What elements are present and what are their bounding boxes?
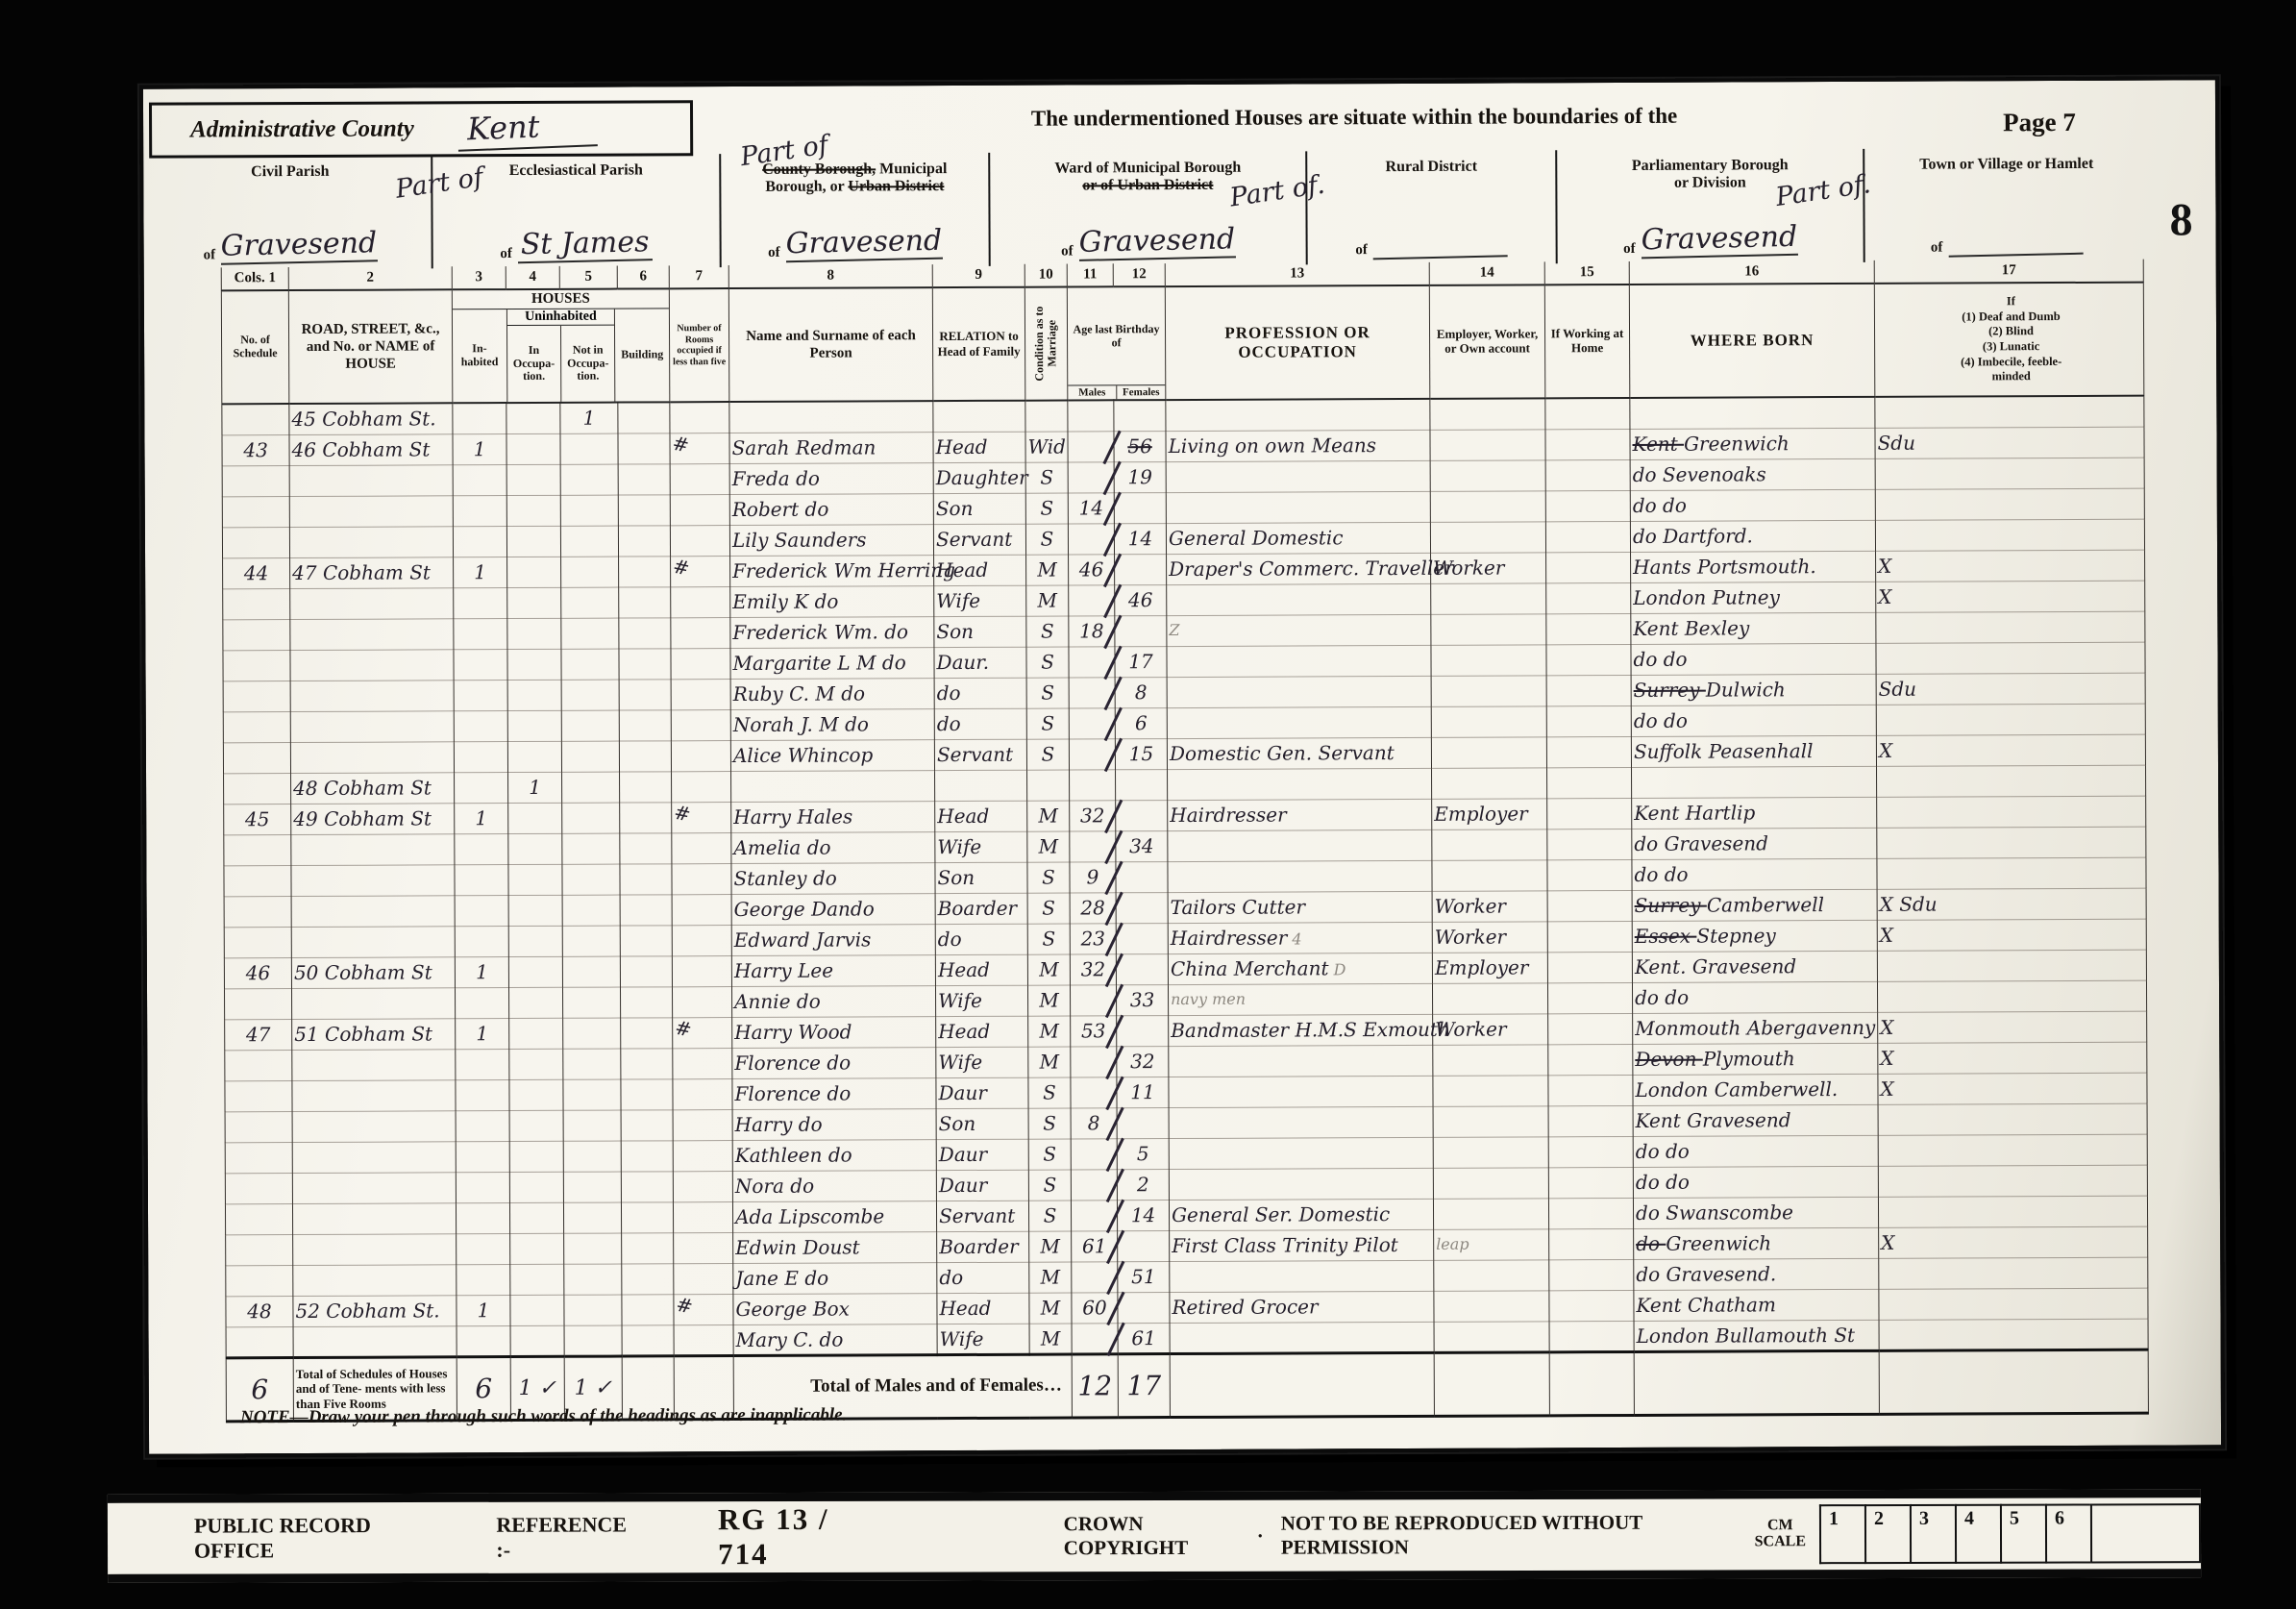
age-male-cell bbox=[1068, 400, 1114, 431]
home-cell bbox=[1547, 982, 1632, 1013]
name-cell: Florence do bbox=[732, 1047, 936, 1078]
condition-cell: S bbox=[1025, 493, 1068, 524]
uninhabited-not-occupation-cell bbox=[561, 557, 619, 587]
in-occupation-header: In Occupa- tion. bbox=[507, 344, 560, 384]
employer-cell bbox=[1430, 398, 1545, 430]
schedule-cell bbox=[223, 742, 290, 773]
sheet-number: 8 bbox=[2169, 193, 2192, 246]
infirmity-cell bbox=[1876, 704, 2145, 735]
building-cell bbox=[618, 402, 670, 433]
schedule-cell bbox=[223, 711, 290, 742]
working-at-home-header: If Working at Home bbox=[1547, 327, 1627, 356]
inhabited-cell bbox=[454, 618, 507, 649]
of-label: of bbox=[204, 247, 216, 263]
inhabited-cell bbox=[454, 587, 507, 618]
condition-cell: M bbox=[1028, 1047, 1071, 1077]
home-cell bbox=[1547, 798, 1632, 829]
relation-cell: Wife bbox=[934, 585, 1026, 616]
relation-cell: Son bbox=[934, 616, 1026, 647]
employer-cell: Employer bbox=[1432, 798, 1547, 829]
occupation-cell bbox=[1169, 1168, 1433, 1200]
age-female-cell bbox=[1117, 1015, 1169, 1046]
enumeration-mark-cell: # bbox=[670, 433, 729, 463]
inhabited-cell: 1 bbox=[456, 1018, 509, 1049]
uninhabited-in-occupation-cell bbox=[508, 956, 562, 987]
uninhabited-not-occupation-cell bbox=[563, 1202, 621, 1233]
inhabited-cell bbox=[456, 1079, 509, 1110]
enumeration-mark-cell bbox=[673, 1048, 732, 1078]
uninhabited-not-occupation-cell: 1 bbox=[560, 403, 618, 433]
schedule-cell: 45 bbox=[224, 804, 291, 834]
separator-dot: · bbox=[1257, 1523, 1264, 1547]
name-cell: Ada Lipscombe bbox=[732, 1201, 936, 1232]
municipal-borough-box: County Borough, Municipal Borough, or Ur… bbox=[721, 153, 991, 267]
town-village-value bbox=[1948, 253, 2083, 258]
building-cell bbox=[620, 925, 672, 955]
building-cell bbox=[622, 1232, 674, 1263]
reference-label: REFERENCE :- bbox=[496, 1512, 627, 1562]
name-cell bbox=[731, 770, 935, 802]
address-cell bbox=[290, 680, 454, 711]
occupation-cell: Hairdresser 4 bbox=[1168, 922, 1432, 953]
enumeration-mark-cell bbox=[671, 709, 730, 740]
home-cell bbox=[1549, 1228, 1634, 1259]
infirmity-cell bbox=[1876, 611, 2145, 643]
schedule-cell bbox=[225, 1111, 292, 1142]
occupation-cell: General Domestic bbox=[1166, 522, 1430, 554]
infirmity-line: (1) Deaf and Dumb bbox=[1881, 309, 2141, 325]
home-cell bbox=[1548, 1075, 1633, 1105]
cm-scale-label: CM SCALE bbox=[1755, 1518, 1806, 1550]
name-cell: Edwin Doust bbox=[733, 1231, 937, 1263]
employer-cell bbox=[1433, 1136, 1548, 1168]
address-cell bbox=[292, 1141, 456, 1173]
col-num: 8 bbox=[728, 264, 932, 288]
born-cell: London Putney bbox=[1631, 582, 1876, 613]
name-cell: Amelia do bbox=[731, 831, 935, 863]
occupation-cell: Domestic Gen. Servant bbox=[1167, 737, 1431, 769]
condition-cell: Wid bbox=[1025, 432, 1068, 462]
employer-cell bbox=[1433, 1167, 1548, 1199]
totals-not-occ: 1 ✓ bbox=[567, 1375, 620, 1399]
schedule-cell bbox=[224, 865, 291, 896]
infirmity-cell bbox=[1875, 519, 2144, 551]
parliamentary-value: Gravesend bbox=[1641, 220, 1797, 260]
schedule-cell: 44 bbox=[223, 557, 290, 588]
born-cell bbox=[1632, 766, 1877, 798]
schedule-cell bbox=[222, 496, 289, 527]
infirmity-cell: X bbox=[1876, 734, 2145, 766]
infirmity-cell bbox=[1877, 765, 2146, 797]
cm-ruler: 123456 bbox=[1819, 1503, 2201, 1564]
relation-cell bbox=[935, 770, 1027, 801]
census-scan-page: { "header": { "admin_county_label": "Adm… bbox=[0, 0, 2296, 1609]
building-cell bbox=[619, 740, 671, 771]
infirmity-cell bbox=[1878, 1165, 2147, 1197]
building-cell bbox=[619, 709, 671, 740]
municipal-borough-value: Gravesend bbox=[785, 224, 942, 263]
infirmity-cell: X bbox=[1878, 1011, 2147, 1043]
uninhabited-in-occupation-cell bbox=[509, 1049, 563, 1079]
home-cell bbox=[1548, 1136, 1633, 1167]
home-cell bbox=[1545, 490, 1630, 521]
enumeration-mark-cell bbox=[672, 925, 731, 955]
totals-empty bbox=[1549, 1351, 1634, 1415]
born-cell: do Sevenoaks bbox=[1630, 458, 1875, 490]
parliamentary-borough-box: Parliamentary Borough or Division Part o… bbox=[1557, 149, 1865, 263]
employer-cell: Worker bbox=[1432, 890, 1547, 922]
born-cell: Kent Chatham bbox=[1634, 1289, 1879, 1321]
born-cell: do Swanscombe bbox=[1633, 1197, 1878, 1228]
occupation-cell bbox=[1169, 1045, 1433, 1077]
enumeration-mark-cell: # bbox=[672, 802, 731, 832]
ruler-cell: 3 bbox=[1910, 1504, 1955, 1564]
age-female-cell bbox=[1116, 953, 1168, 984]
enumeration-mark-cell bbox=[671, 679, 730, 709]
schedule-cell bbox=[222, 465, 289, 496]
condition-cell: S bbox=[1027, 924, 1070, 954]
age-female-cell: 51 bbox=[1118, 1261, 1170, 1292]
building-cell bbox=[620, 894, 672, 925]
home-cell bbox=[1546, 675, 1631, 705]
uninhabited-in-occupation-cell bbox=[507, 587, 561, 618]
employer-cell: Worker bbox=[1431, 552, 1546, 583]
home-cell bbox=[1546, 582, 1631, 613]
name-cell: Ruby C. M do bbox=[730, 678, 934, 709]
occupation-cell: navy men bbox=[1168, 983, 1432, 1015]
rural-district-label: Rural District bbox=[1307, 158, 1555, 177]
relation-cell: Servant bbox=[936, 1201, 1028, 1231]
building-cell bbox=[620, 955, 672, 986]
name-cell: Frederick Wm Herring bbox=[730, 555, 934, 586]
col-num: 16 bbox=[1629, 260, 1874, 285]
inhabited-cell bbox=[455, 772, 508, 803]
employer-cell bbox=[1432, 829, 1547, 860]
uninhabited-in-occupation-cell bbox=[508, 833, 562, 864]
address-cell bbox=[290, 710, 454, 742]
inhabited-cell bbox=[456, 1172, 509, 1202]
totals-empty bbox=[1634, 1350, 1879, 1415]
schedule-cell bbox=[225, 1173, 292, 1203]
home-cell bbox=[1545, 429, 1630, 459]
age-female-cell: 56 bbox=[1114, 431, 1166, 461]
of-label: of bbox=[1061, 243, 1074, 260]
of-label: of bbox=[1931, 240, 1943, 257]
uninhabited-in-occupation-cell bbox=[507, 710, 561, 741]
name-cell: Stanley do bbox=[731, 862, 935, 894]
relation-cell: Son bbox=[936, 1108, 1028, 1139]
born-cell: Surrey Camberwell bbox=[1632, 889, 1877, 921]
age-female-cell bbox=[1115, 554, 1167, 584]
age-female-cell: 19 bbox=[1114, 461, 1166, 492]
uninhabited-not-occupation-cell bbox=[562, 987, 620, 1018]
age-female-cell bbox=[1114, 492, 1166, 523]
schedule-cell bbox=[225, 1203, 292, 1234]
col-num: 7 bbox=[669, 265, 728, 288]
enumeration-mark-cell bbox=[671, 648, 730, 679]
schedule-cell: 48 bbox=[226, 1296, 293, 1326]
administrative-county-label: Administrative County bbox=[190, 115, 414, 143]
age-female-cell: 14 bbox=[1117, 1200, 1169, 1230]
schedule-cell bbox=[224, 927, 291, 957]
condition-cell: M bbox=[1029, 1262, 1072, 1293]
uninhabited-in-occupation-cell bbox=[506, 433, 560, 464]
ruler-cell: 4 bbox=[1955, 1504, 2000, 1564]
employer-cell bbox=[1434, 1290, 1549, 1322]
occupation-cell bbox=[1168, 768, 1432, 800]
address-cell: 49 Cobham St bbox=[291, 803, 455, 834]
uninhabited-not-occupation-cell bbox=[564, 1325, 622, 1356]
of-label: of bbox=[1623, 241, 1636, 258]
name-cell: Robert do bbox=[729, 493, 933, 525]
building-cell bbox=[619, 679, 671, 709]
home-cell bbox=[1548, 1044, 1633, 1075]
enumeration-mark-cell bbox=[670, 463, 729, 494]
col-num: 3 bbox=[452, 266, 506, 289]
relation-cell: Servant bbox=[933, 524, 1025, 555]
infirmity-cell bbox=[1879, 1257, 2148, 1289]
of-label: of bbox=[768, 245, 780, 261]
name-cell: Harry Hales bbox=[731, 801, 935, 832]
infirmity-cell: Sdu bbox=[1875, 427, 2144, 458]
ecclesiastical-parish-box: Ecclesiastical Parish of St James bbox=[432, 154, 722, 268]
inhabited-cell: 1 bbox=[455, 803, 508, 833]
uninhabited-in-occupation-cell bbox=[510, 1233, 564, 1264]
uninhabited-in-occupation-cell bbox=[510, 1325, 564, 1356]
relation-cell: Daughter bbox=[933, 462, 1025, 493]
relation-header: RELATION to Head of Family bbox=[935, 329, 1023, 359]
enumeration-mark-cell bbox=[673, 1109, 732, 1140]
address-cell: 51 Cobham St bbox=[292, 1018, 456, 1050]
building-cell bbox=[622, 1263, 674, 1294]
inhabited-cell bbox=[455, 895, 508, 926]
totals-in-occ: 1 ✓ bbox=[513, 1375, 562, 1399]
enumeration-mark-cell bbox=[672, 832, 731, 863]
schedule-cell bbox=[226, 1265, 293, 1296]
totals-empty bbox=[1879, 1349, 2148, 1414]
relation-cell: Wife bbox=[937, 1324, 1029, 1354]
born-cell: do do bbox=[1633, 1135, 1878, 1167]
totals-males: 12 bbox=[1074, 1370, 1116, 1401]
totals-males-females-label: Total of Males and of Females… bbox=[736, 1375, 1070, 1399]
scale-label: SCALE bbox=[1755, 1533, 1806, 1549]
profession-header: PROFESSION OR OCCUPATION bbox=[1168, 323, 1427, 362]
schedule-cell bbox=[225, 1080, 292, 1111]
inhabited-cell bbox=[454, 649, 507, 680]
employer-cell bbox=[1431, 644, 1546, 676]
schedule-cell bbox=[225, 1142, 292, 1173]
schedule-cell bbox=[222, 527, 289, 557]
address-cell bbox=[292, 1172, 456, 1203]
relation-cell: Boarder bbox=[935, 893, 1027, 924]
age-female-cell: 2 bbox=[1117, 1169, 1169, 1200]
rural-district-box: Rural District of bbox=[1307, 150, 1558, 264]
enumeration-mark-cell bbox=[672, 894, 731, 925]
borough-or: Borough, or bbox=[765, 179, 848, 195]
ruler-cell: 5 bbox=[2000, 1504, 2045, 1564]
home-cell bbox=[1547, 890, 1632, 921]
address-cell bbox=[290, 618, 454, 650]
building-cell bbox=[622, 1324, 674, 1355]
condition-cell bbox=[1027, 770, 1070, 801]
col-num: 5 bbox=[559, 266, 617, 289]
infirmity-cell: X bbox=[1877, 919, 2146, 951]
relation-cell: Head bbox=[933, 432, 1025, 462]
address-cell: 45 Cobham St. bbox=[289, 403, 453, 434]
home-cell bbox=[1547, 767, 1632, 798]
condition-cell: S bbox=[1028, 1201, 1071, 1231]
enumeration-mark-cell bbox=[671, 617, 730, 648]
inhabited-header: In- habited bbox=[453, 342, 506, 369]
uninhabited-not-occupation-cell bbox=[560, 526, 618, 557]
age-female-cell: 6 bbox=[1115, 707, 1167, 738]
uninhabited-not-occupation-cell bbox=[563, 1049, 621, 1079]
occupation-cell: Retired Grocer bbox=[1170, 1291, 1434, 1323]
uninhabited-not-occupation-cell bbox=[561, 680, 619, 710]
relation-cell: Wife bbox=[936, 1047, 1028, 1077]
civil-parish-box: Civil Parish Part of of Gravesend bbox=[149, 155, 433, 269]
rural-district-value bbox=[1373, 255, 1508, 260]
uninhabited-in-occupation-cell bbox=[507, 618, 561, 649]
inhabited-cell bbox=[453, 526, 506, 557]
col-num: 12 bbox=[1113, 263, 1165, 286]
reference-number: RG 13 / 714 bbox=[718, 1502, 862, 1572]
uninhabited-not-occupation-cell bbox=[563, 1018, 621, 1049]
age-female-cell bbox=[1118, 1230, 1170, 1261]
inhabited-cell: 1 bbox=[457, 1295, 510, 1325]
uninhabited-in-occupation-cell bbox=[509, 1110, 563, 1141]
age-female-cell: 5 bbox=[1117, 1138, 1169, 1169]
home-cell bbox=[1548, 1013, 1633, 1044]
building-cell bbox=[618, 525, 670, 556]
of-label: of bbox=[1355, 242, 1368, 259]
home-cell bbox=[1545, 398, 1630, 429]
born-cell: do do bbox=[1631, 705, 1876, 736]
administrative-county-value: Kent bbox=[457, 106, 598, 152]
home-cell bbox=[1547, 829, 1632, 859]
building-cell bbox=[619, 617, 671, 648]
col-num: Cols. 1 bbox=[221, 267, 288, 290]
infirmity-cell: X Sdu bbox=[1877, 888, 2146, 920]
situate-line: The undermentioned Houses are situate wi… bbox=[816, 103, 1892, 133]
ruler-cell bbox=[2090, 1503, 2201, 1563]
infirmity-cell bbox=[1878, 1103, 2147, 1135]
occupation-cell bbox=[1170, 1322, 1434, 1353]
address-cell bbox=[290, 741, 454, 773]
infirmity-line: (3) Lunatic bbox=[1881, 339, 2141, 356]
enumeration-mark-cell bbox=[673, 1078, 732, 1109]
col-num: 9 bbox=[932, 264, 1025, 287]
col-num: 17 bbox=[1874, 260, 2143, 284]
condition-header: Condition as to Marriage bbox=[1033, 288, 1059, 400]
uninhabited-in-occupation-cell bbox=[508, 803, 562, 833]
address-cell bbox=[293, 1233, 457, 1265]
inhabited-cell bbox=[457, 1264, 510, 1295]
born-cell: do Greenwich bbox=[1634, 1227, 1879, 1259]
uninhabited-header: Uninhabited bbox=[507, 309, 615, 326]
occupation-cell bbox=[1170, 1260, 1434, 1292]
uninhabited-in-occupation-cell: 1 bbox=[508, 772, 562, 803]
infirmity-cell bbox=[1875, 396, 2144, 428]
occupation-cell bbox=[1166, 399, 1430, 431]
name-cell: Frederick Wm. do bbox=[730, 616, 934, 648]
enumeration-mark-cell bbox=[672, 986, 731, 1017]
relation-cell: Son bbox=[935, 862, 1027, 893]
uninhabited-not-occupation-cell bbox=[563, 1141, 621, 1172]
address-cell bbox=[291, 895, 455, 927]
houses-header: HOUSES bbox=[453, 289, 669, 309]
occupation-cell: Tailors Cutter bbox=[1168, 891, 1432, 923]
born-cell: do do bbox=[1632, 858, 1877, 890]
uninhabited-in-occupation-cell bbox=[508, 987, 562, 1018]
occupation-cell bbox=[1167, 676, 1431, 707]
home-cell bbox=[1549, 1290, 1634, 1321]
uninhabited-not-occupation-cell bbox=[561, 710, 619, 741]
building-cell bbox=[621, 1078, 673, 1109]
home-cell bbox=[1545, 459, 1630, 490]
relation-cell bbox=[933, 401, 1025, 432]
parl-line1: Parliamentary Borough bbox=[1632, 157, 1789, 174]
schedule-cell: 43 bbox=[222, 434, 289, 465]
employer-cell: Worker bbox=[1433, 1013, 1548, 1045]
schedule-cell bbox=[226, 1326, 293, 1357]
schedule-header: No. of Schedule bbox=[224, 334, 286, 360]
uninhabited-not-occupation-cell bbox=[562, 926, 620, 956]
totals-females: 17 bbox=[1121, 1370, 1168, 1401]
infirmity-cell: X bbox=[1878, 1073, 2147, 1104]
municipal-word: Municipal bbox=[876, 161, 947, 177]
uninhabited-in-occupation-cell bbox=[506, 526, 560, 557]
building-cell bbox=[621, 1140, 673, 1171]
employer-cell bbox=[1432, 767, 1547, 799]
employer-cell bbox=[1433, 1075, 1548, 1106]
uninhabited-not-occupation-cell bbox=[562, 956, 620, 987]
born-cell: do do bbox=[1631, 643, 1876, 675]
name-cell: Annie do bbox=[731, 985, 935, 1017]
employer-cell bbox=[1430, 429, 1545, 460]
name-cell: Mary C. do bbox=[733, 1324, 937, 1355]
uninhabited-not-occupation-cell bbox=[562, 895, 620, 926]
age-female-cell bbox=[1118, 1292, 1170, 1323]
relation-cell: Son bbox=[933, 493, 1025, 524]
relation-cell: do bbox=[934, 708, 1026, 739]
name-cell: Margarite L M do bbox=[730, 647, 934, 679]
enumeration-mark-cell bbox=[674, 1324, 733, 1355]
address-cell: 50 Cobham St bbox=[291, 956, 455, 988]
condition-cell: M bbox=[1027, 954, 1070, 985]
uninhabited-in-occupation-cell bbox=[508, 895, 562, 926]
inhabited-cell: 1 bbox=[455, 956, 508, 987]
enumeration-mark-cell: # bbox=[674, 1294, 733, 1324]
condition-cell: S bbox=[1026, 708, 1069, 739]
employer-cell bbox=[1431, 582, 1546, 614]
home-cell bbox=[1547, 921, 1632, 952]
totals-label: Total of Schedules of Houses and of Tene… bbox=[296, 1366, 455, 1412]
inhabited-cell bbox=[456, 1049, 509, 1079]
condition-cell: S bbox=[1026, 647, 1069, 678]
address-cell bbox=[289, 464, 453, 496]
age-female-cell: 14 bbox=[1114, 523, 1166, 554]
name-cell: George Box bbox=[733, 1293, 937, 1324]
totals-schedule: 6 bbox=[229, 1374, 291, 1405]
address-cell bbox=[289, 495, 453, 527]
uninhabited-not-occupation-cell bbox=[564, 1295, 622, 1325]
uninhabited-in-occupation-cell bbox=[507, 741, 561, 772]
address-cell bbox=[291, 987, 455, 1019]
building-cell bbox=[621, 1048, 673, 1078]
enumeration-mark-cell bbox=[670, 402, 729, 433]
inhabited-cell: 1 bbox=[454, 557, 507, 587]
